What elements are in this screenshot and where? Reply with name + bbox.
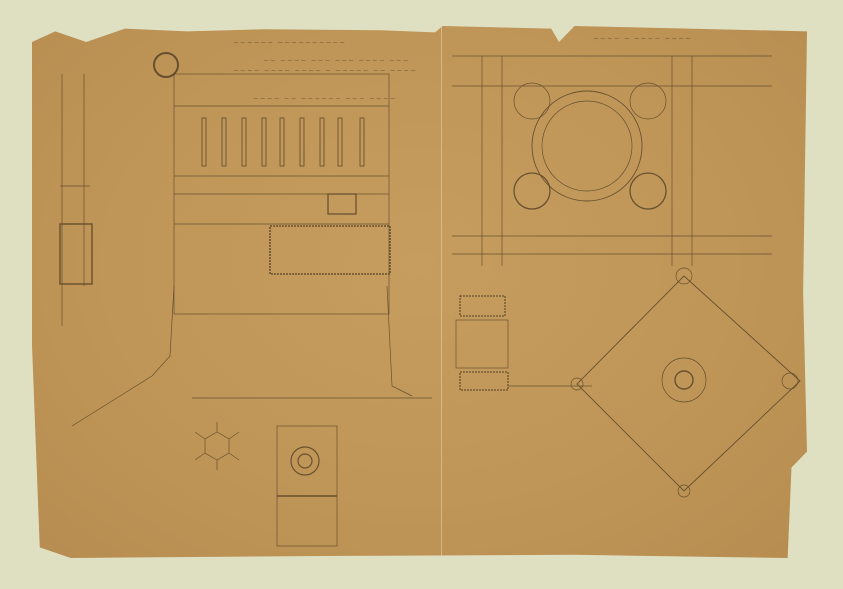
scroll-bracket-detail [277,426,337,546]
ceiling-plan [452,56,772,266]
ornament-panel [456,296,592,390]
handwritten-annotation: ~~~~ ~~ ~~~~~ ~ ~~~~ ~~~~ ~~~~ [232,66,416,74]
architectural-linework [32,26,807,558]
handwritten-annotation: ~~~~~~~~~~ ~~~~~~ [232,38,345,46]
elevation-block [72,74,432,426]
diagonal-plan [571,268,800,497]
archive-stamp [153,52,179,78]
column-elevation [60,74,92,326]
drawing-sheet: ~~~~~~~~~~ ~~~~~~ ~~~ ~~~~ ~~~ ~~~ ~~~~ … [32,26,807,558]
handwritten-annotation: ~~~~ ~~~~ ~ ~~~~ [592,34,691,42]
handwritten-annotation: ~~~ ~~~~ ~~~ ~~~ ~~~~ ~~ [262,56,409,64]
rosette-detail [195,422,239,470]
handwritten-annotation: ~~~~ ~~~ ~~~~~~ ~~ ~~~~ [252,94,395,102]
